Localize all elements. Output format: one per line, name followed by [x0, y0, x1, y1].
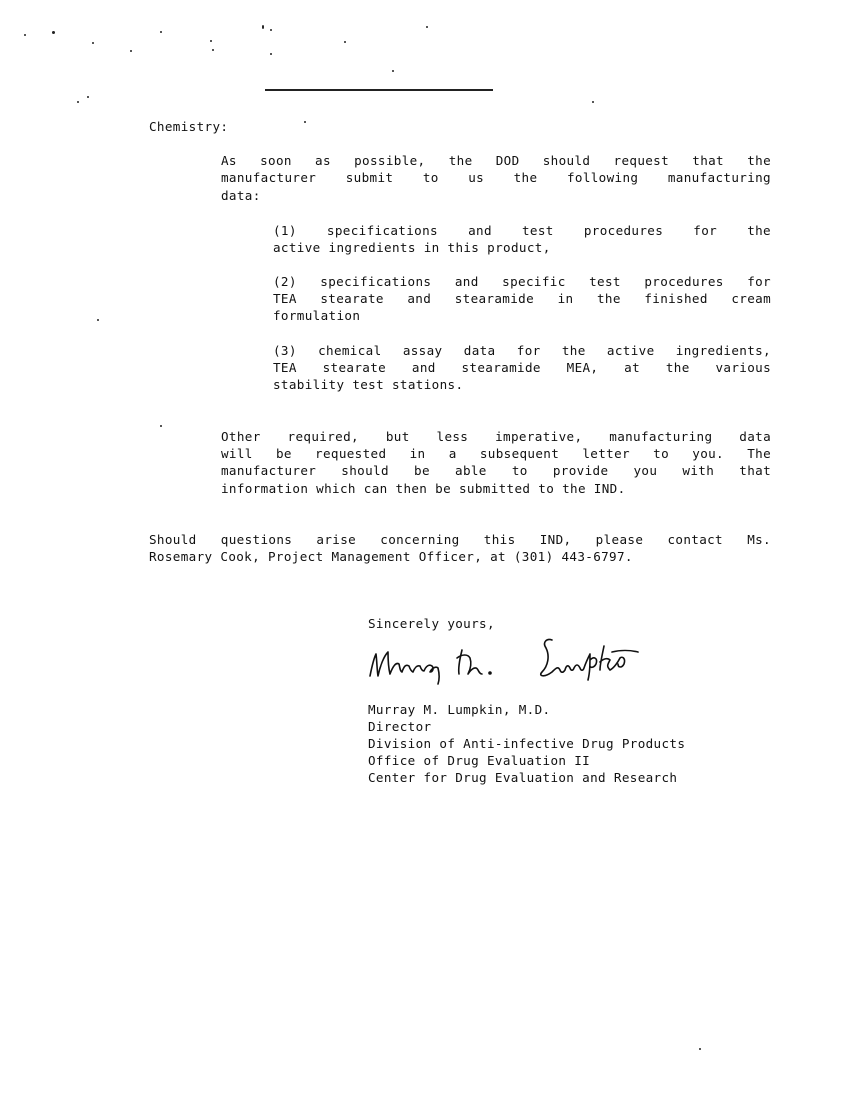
scan-speck [77, 101, 79, 103]
scan-speck [304, 121, 306, 123]
scan-speck [130, 50, 132, 52]
intro-line: manufacturer submit to us the following … [221, 169, 771, 186]
scan-speck [426, 26, 428, 28]
scan-speck [262, 25, 264, 29]
scan-speck [97, 319, 99, 321]
scan-speck [699, 1048, 701, 1050]
intro-line: As soon as possible, the DOD should requ… [221, 152, 771, 169]
item-2-line: TEA stearate and stearamide in the finis… [273, 290, 771, 307]
scan-speck [212, 49, 214, 51]
scan-speck [210, 40, 212, 42]
scan-speck [592, 101, 594, 103]
other-line: manufacturer should be able to provide y… [221, 462, 771, 479]
scan-speck [92, 42, 94, 44]
signer-division: Division of Anti-infective Drug Products [368, 735, 685, 752]
other-line: will be requested in a subsequent letter… [221, 445, 771, 462]
item-2-line: formulation [273, 307, 360, 324]
section-heading: Chemistry: [149, 118, 228, 135]
item-3-line: (3) chemical assay data for the active i… [273, 342, 771, 359]
contact-line: Should questions arise concerning this I… [149, 531, 771, 548]
item-1-line: active ingredients in this product, [273, 239, 551, 256]
scan-speck [392, 70, 394, 72]
contact-line: Rosemary Cook, Project Management Office… [149, 548, 633, 565]
item-3-line: TEA stearate and stearamide MEA, at the … [273, 359, 771, 376]
signer-office: Office of Drug Evaluation II [368, 752, 590, 769]
item-2-line: (2) specifications and specific test pro… [273, 273, 771, 290]
other-line: information which can then be submitted … [221, 480, 626, 497]
signer-center: Center for Drug Evaluation and Research [368, 769, 677, 786]
scan-speck [24, 34, 26, 36]
handwritten-signature [362, 628, 672, 692]
scan-speck [87, 96, 89, 98]
other-line: Other required, but less imperative, man… [221, 428, 771, 445]
horizontal-rule [265, 89, 493, 91]
item-3-line: stability test stations. [273, 376, 463, 393]
document-page: Chemistry: As soon as possible, the DOD … [0, 0, 850, 1107]
scan-speck [344, 41, 346, 43]
item-1-line: (1) specifications and test procedures f… [273, 222, 771, 239]
scan-speck [52, 31, 55, 34]
signer-name: Murray M. Lumpkin, M.D. [368, 701, 550, 718]
signer-title: Director [368, 718, 431, 735]
scan-speck [160, 31, 162, 33]
scan-speck [270, 53, 272, 55]
scan-speck [160, 425, 162, 427]
intro-line: data: [221, 187, 261, 204]
scan-speck [270, 29, 272, 31]
